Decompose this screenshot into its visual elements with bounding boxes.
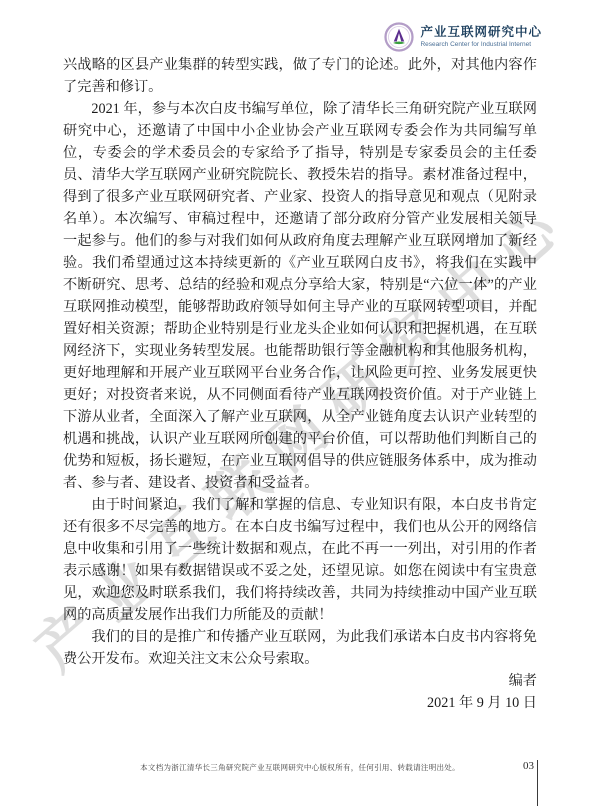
org-title: 产业互联网研究中心 [420,26,542,40]
paragraph: 我们的目的是推广和传播产业互联网，为此我们承诺本白皮书内容将免费公开发布。欢迎关… [63,626,537,670]
paragraph-continuation: 兴战略的区县产业集群的转型实践，做了专门的论述。此外，对其他内容作了完善和修订。 [63,54,537,98]
org-subtitle: Research Center for Industrial Internet [420,41,542,48]
signature: 编者 [63,670,537,692]
paragraph: 2021 年，参与本次白皮书编写单位，除了清华长三角研究院产业互联网研究中心，还… [63,98,537,494]
page-number-divider [537,760,538,806]
copyright-notice: 本文档为浙江清华长三角研究院产业互联网研究中心版权所有，任何引用、转载请注明出处… [0,762,600,773]
paragraph: 由于时间紧迫，我们了解和掌握的信息、专业知识有限，本白皮书肯定还有很多不尽完善的… [63,494,537,626]
page-number: 03 [523,760,534,772]
org-logo: 产业互联网研究中心 Research Center for Industrial… [384,22,542,52]
university-emblem-icon [384,22,414,52]
page-footer: 本文档为浙江清华长三角研究院产业互联网研究中心版权所有，任何引用、转载请注明出处… [0,758,600,808]
document-body: 兴战略的区县产业集群的转型实践，做了专门的论述。此外，对其他内容作了完善和修订。… [63,54,537,714]
signature-date: 2021 年 9 月 10 日 [63,692,537,714]
org-logo-text: 产业互联网研究中心 Research Center for Industrial… [420,26,542,49]
document-page: 产业互联网研究中心 Research Center for Industrial… [0,0,600,808]
